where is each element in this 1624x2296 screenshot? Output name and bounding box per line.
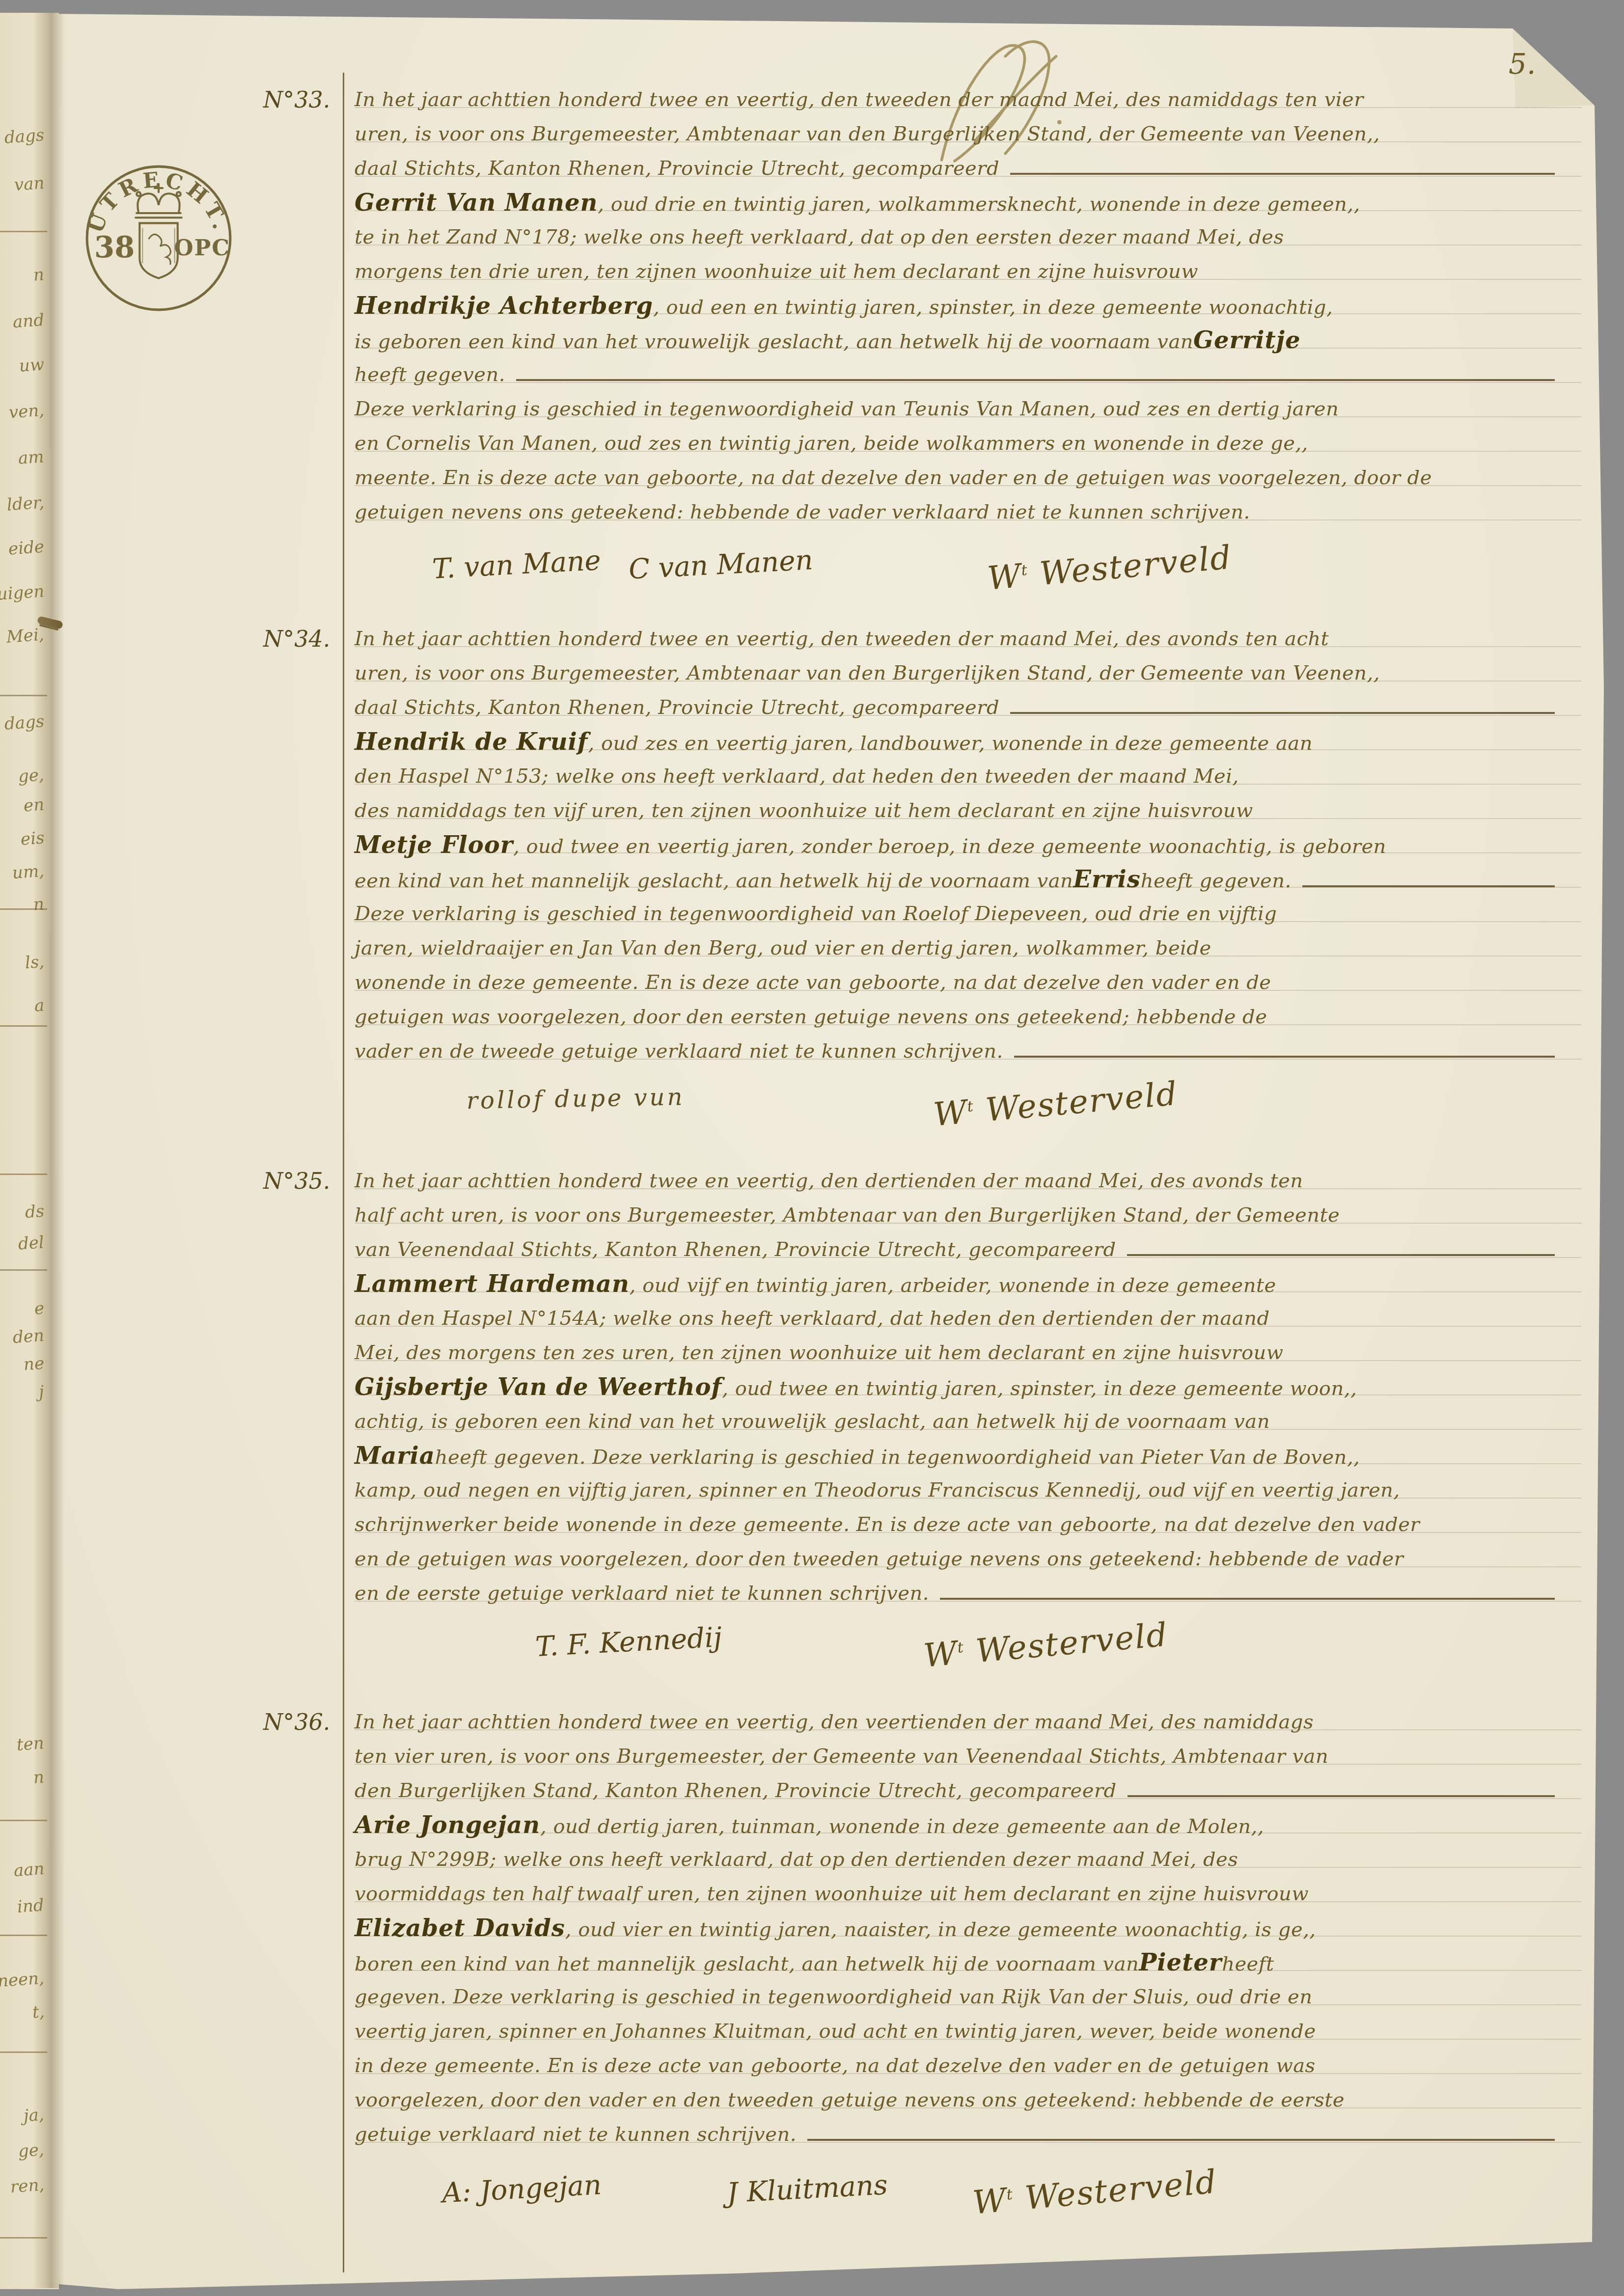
- handwritten-line: Gerrit Van Manen, oud drie en twintig ja…: [355, 186, 1568, 220]
- person-name: Pieter: [1139, 1945, 1222, 1980]
- handwritten-line: voorgelezen, door den vader en den tweed…: [355, 2083, 1568, 2117]
- handwritten-line: boren een kind van het mannelijk geslach…: [355, 1945, 1568, 1980]
- entry-text-segment: getuigen was voorgelezen, door den eerst…: [355, 1000, 1267, 1034]
- person-name: Gerritje: [1193, 323, 1300, 357]
- handwritten-line: jaren, wieldraaijer en Jan Van den Berg,…: [355, 931, 1568, 965]
- handwritten-line: Metje Floor, oud twee en veertig jaren, …: [355, 828, 1568, 862]
- handwritten-line: Deze verklaring is geschied in tegenwoor…: [355, 392, 1568, 426]
- entry-text: In het jaar achttien honderd twee en vee…: [355, 1705, 1581, 2152]
- person-name: Erris: [1073, 862, 1140, 897]
- utrecht-revenue-stamp: UTRECHT. 38 OPC: [83, 163, 234, 313]
- birth-record-entry: N°35. In het jaar achttien honderd twee …: [255, 1164, 1581, 1611]
- birth-record-entry: N°34. In het jaar achttien honderd twee …: [255, 622, 1581, 1068]
- entry-text-segment: en de eerste getuige verklaard niet te k…: [355, 1576, 929, 1611]
- signature-flourish: t: [957, 1639, 965, 1657]
- entry-text-segment: en Cornelis Van Manen, oud zes en twinti…: [355, 426, 1308, 461]
- handwritten-line: aan den Haspel N°154A; welke ons heeft v…: [355, 1301, 1568, 1336]
- entry-number: N°36.: [263, 1709, 330, 1735]
- handwritten-line: Deze verklaring is geschied in tegenwoor…: [355, 897, 1568, 931]
- entry-text-segment: jaren, wieldraaijer en Jan Van den Berg,…: [355, 931, 1211, 965]
- handwritten-line: kamp, oud negen en vijftig jaren, spinne…: [355, 1473, 1568, 1507]
- entry-text: In het jaar achttien honderd twee en vee…: [355, 82, 1581, 529]
- person-name: Lammert Hardeman: [355, 1267, 630, 1301]
- entry-text-segment: ten vier uren, is voor ons Burgemeester,…: [355, 1739, 1328, 1774]
- stamp-right-value: OPC: [174, 235, 230, 261]
- handwritten-line: Lammert Hardeman, oud vijf en twintig ja…: [355, 1267, 1568, 1301]
- entry-text-segment: Deze verklaring is geschied in tegenwoor…: [355, 392, 1339, 426]
- signature-flourish: t: [1020, 562, 1029, 579]
- handwritten-line: Mei, des morgens ten zes uren, ten zijne…: [355, 1336, 1568, 1370]
- entry-text-segment: brug N°299B; welke ons heeft verklaard, …: [355, 1842, 1238, 1877]
- entry-text-segment: daal Stichts, Kanton Rhenen, Provincie U…: [355, 690, 999, 725]
- entry-text-segment: getuigen nevens ons geteekend: hebbende …: [355, 495, 1250, 529]
- handwritten-line: voormiddags ten half twaalf uren, ten zi…: [355, 1877, 1568, 1911]
- handwritten-line: Maria heeft gegeven. Deze verklaring is …: [355, 1439, 1568, 1473]
- entry-text-segment: den Haspel N°153; welke ons heeft verkla…: [355, 759, 1239, 793]
- entry-text-segment: aan den Haspel N°154A; welke ons heeft v…: [355, 1301, 1270, 1336]
- entry-text-segment: van Veenendaal Stichts, Kanton Rhenen, P…: [355, 1232, 1116, 1267]
- handwritten-line: half acht uren, is voor ons Burgemeester…: [355, 1198, 1568, 1232]
- entry-text-segment: heeft gegeven.: [1141, 864, 1292, 898]
- entry-text-segment: heeft gegeven.: [355, 357, 505, 392]
- entry-text-segment: wonende in deze gemeente. En is deze act…: [355, 965, 1271, 1000]
- handwritten-line: getuigen nevens ons geteekend: hebbende …: [355, 495, 1568, 529]
- entry-text-segment: , oud twee en veertig jaren, zonder bero…: [513, 829, 1386, 864]
- entry-text-segment: voorgelezen, door den vader en den tweed…: [355, 2083, 1345, 2117]
- handwritten-line: vader en de tweede getuige verklaard nie…: [355, 1034, 1568, 1068]
- person-name: Gijsbertje Van de Weerthof: [355, 1370, 722, 1404]
- page-number: 5.: [1509, 47, 1536, 81]
- entry-text-segment: een kind van het mannelijk geslacht, aan…: [355, 864, 1073, 898]
- trailing-fill-line: [940, 1598, 1555, 1600]
- entry-text-segment: vader en de tweede getuige verklaard nie…: [355, 1034, 1003, 1068]
- signature: rollof dupe vun: [467, 1083, 685, 1115]
- handwritten-line: morgens ten drie uren, ten zijnen woonhu…: [355, 254, 1568, 289]
- handwritten-line: een kind van het mannelijk geslacht, aan…: [355, 862, 1568, 897]
- handwritten-line: en Cornelis Van Manen, oud zes en twinti…: [355, 426, 1568, 461]
- trailing-fill-line: [516, 379, 1555, 381]
- birth-record-entry: N°36. In het jaar achttien honderd twee …: [255, 1705, 1581, 2152]
- handwritten-line: den Burgerlijken Stand, Kanton Rhenen, P…: [355, 1774, 1568, 1808]
- entry-text-segment: en de getuigen was voorgelezen, door den…: [355, 1542, 1404, 1576]
- entry-text-segment: te in het Zand N°178; welke ons heeft ve…: [355, 220, 1284, 254]
- entry-number: N°33.: [263, 86, 330, 113]
- entry-text-segment: uren, is voor ons Burgemeester, Ambtenaa…: [355, 656, 1380, 690]
- person-name: Hendrik de Kruif: [355, 725, 588, 759]
- entry-text-segment: boren een kind van het mannelijk geslach…: [355, 1947, 1139, 1981]
- handwritten-line: is geboren een kind van het vrouwelijk g…: [355, 323, 1568, 357]
- entry-text-segment: , oud zes en veertig jaren, landbouwer, …: [588, 726, 1312, 761]
- entry-text-segment: veertig jaren, spinner en Johannes Kluit…: [355, 2014, 1316, 2049]
- handwritten-line: In het jaar achttien honderd twee en vee…: [355, 622, 1568, 656]
- trailing-fill-line: [1010, 173, 1555, 175]
- handwritten-line: daal Stichts, Kanton Rhenen, Provincie U…: [355, 151, 1568, 186]
- person-name: Maria: [355, 1439, 435, 1473]
- entry-text-segment: morgens ten drie uren, ten zijnen woonhu…: [355, 254, 1198, 289]
- entry-text-segment: den Burgerlijken Stand, Kanton Rhenen, P…: [355, 1774, 1117, 1808]
- entry-text-segment: Deze verklaring is geschied in tegenwoor…: [355, 897, 1277, 931]
- person-name: Metje Floor: [355, 828, 513, 862]
- entry-text-segment: voormiddags ten half twaalf uren, ten zi…: [355, 1877, 1309, 1911]
- handwritten-line: Gijsbertje Van de Weerthof, oud twee en …: [355, 1370, 1568, 1404]
- entry-text-segment: half acht uren, is voor ons Burgemeester…: [355, 1198, 1340, 1232]
- entry-text: In het jaar achttien honderd twee en vee…: [355, 622, 1581, 1068]
- entry-number: N°35.: [263, 1168, 330, 1194]
- entry-text-segment: meente. En is deze acte van geboorte, na…: [355, 461, 1432, 495]
- entry-text-segment: , oud twee en twintig jaren, spinster, i…: [722, 1371, 1357, 1406]
- entry-text-segment: In het jaar achttien honderd twee en vee…: [355, 1164, 1303, 1198]
- handwritten-line: In het jaar achttien honderd twee en vee…: [355, 82, 1568, 117]
- entry-text-segment: In het jaar achttien honderd twee en vee…: [355, 1705, 1314, 1739]
- handwritten-line: meente. En is deze acte van geboorte, na…: [355, 461, 1568, 495]
- entry-text-segment: , oud drie en twintig jaren, wolkammersk…: [598, 187, 1360, 221]
- trailing-fill-line: [807, 2139, 1555, 2141]
- handwritten-line: gegeven. Deze verklaring is geschied in …: [355, 1980, 1568, 2014]
- binding-crease: [32, 13, 65, 2288]
- stamp-left-value: 38: [94, 230, 135, 264]
- entry-text-segment: is geboren een kind van het vrouwelijk g…: [355, 325, 1193, 359]
- person-name: Arie Jongejan: [355, 1808, 540, 1842]
- entry-text-segment: , oud dertig jaren, tuinman, wonende in …: [540, 1809, 1264, 1844]
- trailing-fill-line: [1010, 712, 1555, 714]
- entry-text-segment: , oud vijf en twintig jaren, arbeider, w…: [630, 1268, 1276, 1303]
- entry-text-segment: schrijnwerker beide wonende in deze geme…: [355, 1507, 1420, 1542]
- handwritten-line: achtig, is geboren een kind van het vrou…: [355, 1404, 1568, 1439]
- entry-text-segment: achtig, is geboren een kind van het vrou…: [355, 1404, 1270, 1439]
- entry-text-segment: , oud vier en twintig jaren, naaister, i…: [565, 1913, 1316, 1947]
- handwritten-line: te in het Zand N°178; welke ons heeft ve…: [355, 220, 1568, 254]
- birth-record-entry: N°33. In het jaar achttien honderd twee …: [255, 82, 1581, 529]
- entry-text-segment: , oud een en twintig jaren, spinster, in…: [653, 290, 1333, 325]
- handwritten-line: In het jaar achttien honderd twee en vee…: [355, 1705, 1568, 1739]
- handwritten-line: schrijnwerker beide wonende in deze geme…: [355, 1507, 1568, 1542]
- handwritten-line: den Haspel N°153; welke ons heeft verkla…: [355, 759, 1568, 793]
- handwritten-line: uren, is voor ons Burgemeester, Ambtenaa…: [355, 117, 1568, 151]
- handwritten-line: van Veenendaal Stichts, Kanton Rhenen, P…: [355, 1232, 1568, 1267]
- handwritten-line: daal Stichts, Kanton Rhenen, Provincie U…: [355, 690, 1568, 725]
- handwritten-line: veertig jaren, spinner en Johannes Kluit…: [355, 2014, 1568, 2049]
- entry-text-segment: uren, is voor ons Burgemeester, Ambtenaa…: [355, 117, 1380, 151]
- handwritten-line: des namiddags ten vijf uren, ten zijnen …: [355, 793, 1568, 828]
- handwritten-line: ten vier uren, is voor ons Burgemeester,…: [355, 1739, 1568, 1774]
- entry-text-segment: Mei, des morgens ten zes uren, ten zijne…: [355, 1336, 1284, 1370]
- handwritten-line: In het jaar achttien honderd twee en vee…: [355, 1164, 1568, 1198]
- handwritten-line: en de eerste getuige verklaard niet te k…: [355, 1576, 1568, 1611]
- handwritten-line: Hendrikje Achterberg, oud een en twintig…: [355, 289, 1568, 323]
- trailing-fill-line: [1302, 885, 1555, 887]
- entry-number: N°34.: [263, 626, 330, 652]
- handwritten-line: getuige verklaard niet te kunnen schrijv…: [355, 2117, 1568, 2152]
- handwritten-line: wonende in deze gemeente. En is deze act…: [355, 965, 1568, 1000]
- handwritten-line: Hendrik de Kruif, oud zes en veertig jar…: [355, 725, 1568, 759]
- trailing-fill-line: [1127, 1254, 1555, 1256]
- register-page-scan: dagsvannanduwven,amlder,eidetuigenMei,da…: [0, 0, 1624, 2296]
- handwritten-line: Elizabet Davids, oud vier en twintig jar…: [355, 1911, 1568, 1945]
- handwritten-line: in deze gemeente. En is deze acte van ge…: [355, 2049, 1568, 2083]
- entry-text-segment: des namiddags ten vijf uren, ten zijnen …: [355, 793, 1253, 828]
- handwritten-line: brug N°299B; welke ons heeft verklaard, …: [355, 1842, 1568, 1877]
- entry-text-segment: getuige verklaard niet te kunnen schrijv…: [355, 2117, 797, 2152]
- person-name: Gerrit Van Manen: [355, 186, 598, 220]
- signature-flourish: t: [966, 1098, 975, 1116]
- trailing-fill-line: [1128, 1795, 1555, 1797]
- entry-text: In het jaar achttien honderd twee en vee…: [355, 1164, 1581, 1611]
- signature-flourish: t: [1006, 2186, 1014, 2204]
- handwritten-line: getuigen was voorgelezen, door den eerst…: [355, 1000, 1568, 1034]
- handwritten-line: heeft gegeven.: [355, 357, 1568, 392]
- entry-text-segment: gegeven. Deze verklaring is geschied in …: [355, 1980, 1312, 2014]
- handwritten-line: Arie Jongejan, oud dertig jaren, tuinman…: [355, 1808, 1568, 1842]
- person-name: Hendrikje Achterberg: [355, 289, 653, 323]
- handwritten-line: en de getuigen was voorgelezen, door den…: [355, 1542, 1568, 1576]
- entry-text-segment: daal Stichts, Kanton Rhenen, Provincie U…: [355, 151, 999, 186]
- entry-text-segment: In het jaar achttien honderd twee en vee…: [355, 622, 1329, 656]
- trailing-fill-line: [1014, 1056, 1555, 1058]
- handwritten-line: uren, is voor ons Burgemeester, Ambtenaa…: [355, 656, 1568, 690]
- entry-text-segment: heeft: [1222, 1947, 1274, 1981]
- entry-text-segment: in deze gemeente. En is deze acte van ge…: [355, 2049, 1316, 2083]
- lion-shield-icon: [139, 223, 178, 278]
- entry-text-segment: heeft gegeven. Deze verklaring is geschi…: [435, 1440, 1360, 1475]
- person-name: Elizabet Davids: [355, 1911, 565, 1945]
- entry-text-segment: kamp, oud negen en vijftig jaren, spinne…: [355, 1473, 1400, 1507]
- entry-text-segment: In het jaar achttien honderd twee en vee…: [355, 82, 1364, 117]
